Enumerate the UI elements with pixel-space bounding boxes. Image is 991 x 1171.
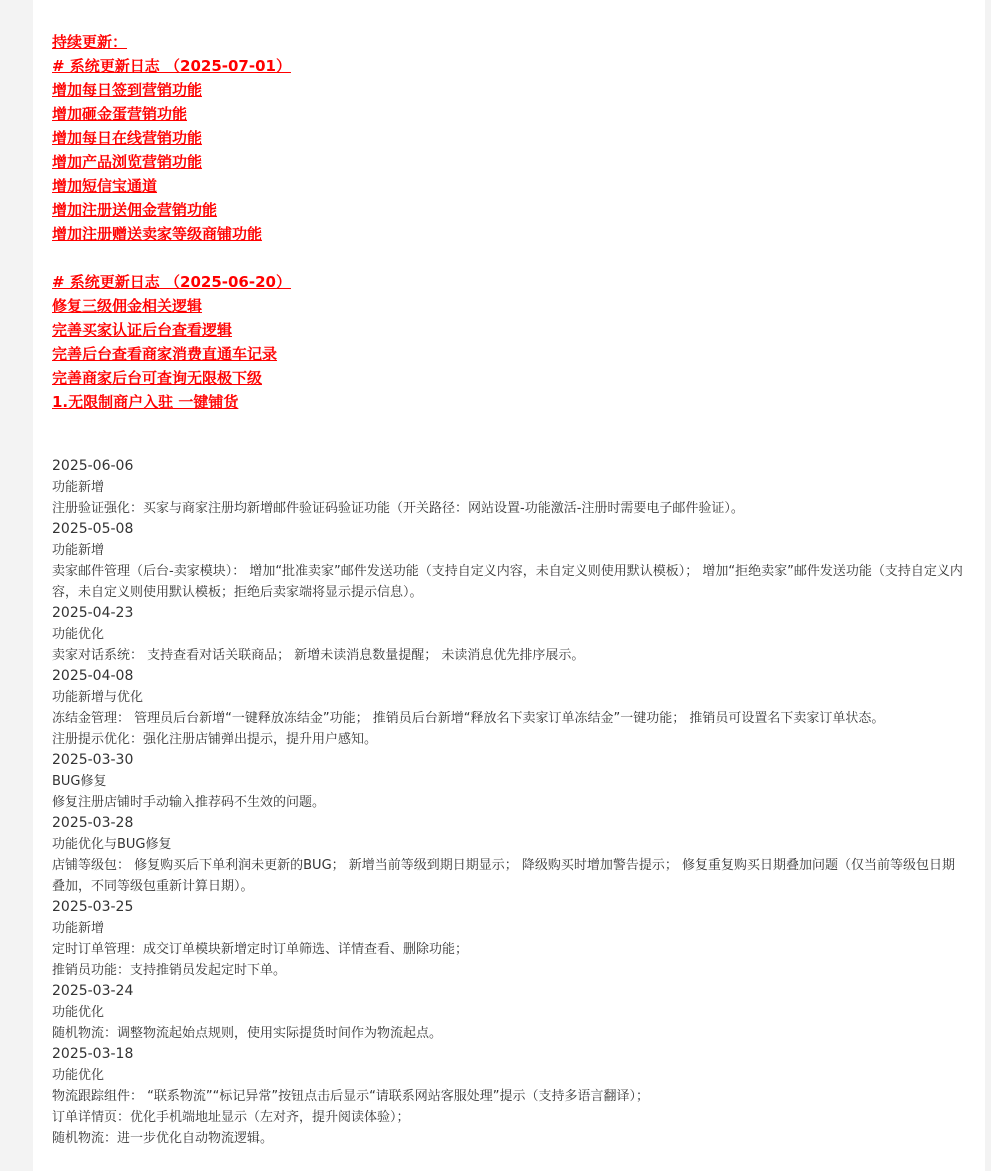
announcement-link[interactable]: 修复三级佣金相关逻辑: [52, 294, 967, 318]
entry-date: 2025-06-06: [52, 456, 967, 477]
entry-item: 注册提示优化：强化注册店铺弹出提示，提升用户感知。: [52, 729, 967, 750]
entry-type: 功能新增: [52, 540, 967, 561]
entry-date: 2025-04-08: [52, 666, 967, 687]
changelog-entry: 2025-03-18 功能优化 物流跟踪组件： “联系物流”“标记异常”按钮点击…: [52, 1044, 967, 1149]
entry-type: BUG修复: [52, 771, 967, 792]
announcement-link[interactable]: 增加注册赠送卖家等级商铺功能: [52, 222, 967, 246]
announcement-link[interactable]: 增加每日在线营销功能: [52, 126, 967, 150]
announcement-link[interactable]: 增加砸金蛋营销功能: [52, 102, 967, 126]
entry-item: 物流跟踪组件： “联系物流”“标记异常”按钮点击后显示“请联系网站客服处理”提示…: [52, 1086, 967, 1107]
entry-type: 功能优化: [52, 1065, 967, 1086]
content-card: 持续更新： # 系统更新日志 （2025-07-01） 增加每日签到营销功能 增…: [33, 0, 985, 1171]
entry-type: 功能新增: [52, 477, 967, 498]
entry-type: 功能新增: [52, 918, 967, 939]
entry-type: 功能优化: [52, 1002, 967, 1023]
changelog-entry: 2025-05-08 功能新增 卖家邮件管理（后台-卖家模块）： 增加“批准卖家…: [52, 519, 967, 603]
changelog-entry: 2025-03-25 功能新增 定时订单管理：成交订单模块新增定时订单筛选、详情…: [52, 897, 967, 981]
changelog-entry: 2025-03-24 功能优化 随机物流：调整物流起始点规则，使用实际提货时间作…: [52, 981, 967, 1044]
announcement-link[interactable]: 完善买家认证后台查看逻辑: [52, 318, 967, 342]
entry-date: 2025-04-23: [52, 603, 967, 624]
entry-date: 2025-05-08: [52, 519, 967, 540]
announcement-link[interactable]: 增加注册送佣金营销功能: [52, 198, 967, 222]
announcement-link[interactable]: 增加每日签到营销功能: [52, 78, 967, 102]
entry-type: 功能优化与BUG修复: [52, 834, 967, 855]
announcement-link[interactable]: 完善后台查看商家消费直通车记录: [52, 342, 967, 366]
announcement-link[interactable]: 完善商家后台可查询无限极下级: [52, 366, 967, 390]
entry-type: 功能新增与优化: [52, 687, 967, 708]
announcement-title-link[interactable]: 持续更新：: [52, 30, 967, 54]
announcement-link[interactable]: 增加产品浏览营销功能: [52, 150, 967, 174]
changelog-heading-2025-06-20[interactable]: # 系统更新日志 （2025-06-20）: [52, 270, 967, 294]
changelog-entry: 2025-06-06 功能新增 注册验证强化：买家与商家注册均新增邮件验证码验证…: [52, 456, 967, 519]
changelog-entry: 2025-04-23 功能优化 卖家对话系统： 支持查看对话关联商品； 新增未读…: [52, 603, 967, 666]
changelog-entry: 2025-04-08 功能新增与优化 冻结金管理： 管理员后台新增“一键释放冻结…: [52, 666, 967, 750]
entry-type: 功能优化: [52, 624, 967, 645]
changelog-list: 2025-06-06 功能新增 注册验证强化：买家与商家注册均新增邮件验证码验证…: [52, 456, 967, 1149]
entry-item: 随机物流：调整物流起始点规则，使用实际提货时间作为物流起点。: [52, 1023, 967, 1044]
entry-item: 修复注册店铺时手动输入推荐码不生效的问题。: [52, 792, 967, 813]
entry-item: 注册验证强化：买家与商家注册均新增邮件验证码验证功能（开关路径：网站设置-功能激…: [52, 498, 967, 519]
announcement-link[interactable]: 增加短信宝通道: [52, 174, 967, 198]
entry-date: 2025-03-30: [52, 750, 967, 771]
entry-item: 订单详情页：优化手机端地址显示（左对齐，提升阅读体验）；: [52, 1107, 967, 1128]
entry-item: 卖家邮件管理（后台-卖家模块）： 增加“批准卖家”邮件发送功能（支持自定义内容，…: [52, 561, 967, 603]
entry-date: 2025-03-24: [52, 981, 967, 1002]
entry-item: 随机物流：进一步优化自动物流逻辑。: [52, 1128, 967, 1149]
entry-item: 冻结金管理： 管理员后台新增“一键释放冻结金”功能； 推销员后台新增“释放名下卖…: [52, 708, 967, 729]
entry-date: 2025-03-28: [52, 813, 967, 834]
entry-item: 推销员功能：支持推销员发起定时下单。: [52, 960, 967, 981]
entry-date: 2025-03-18: [52, 1044, 967, 1065]
entry-item: 店铺等级包： 修复购买后下单利润未更新的BUG； 新增当前等级到期日期显示； 降…: [52, 855, 967, 897]
entry-item: 卖家对话系统： 支持查看对话关联商品； 新增未读消息数量提醒； 未读消息优先排序…: [52, 645, 967, 666]
announcement-block: 持续更新： # 系统更新日志 （2025-07-01） 增加每日签到营销功能 增…: [52, 30, 967, 414]
entry-item: 定时订单管理：成交订单模块新增定时订单筛选、详情查看、删除功能；: [52, 939, 967, 960]
changelog-entry: 2025-03-28 功能优化与BUG修复 店铺等级包： 修复购买后下单利润未更…: [52, 813, 967, 897]
spacer: [52, 246, 967, 270]
changelog-heading-2025-07-01[interactable]: # 系统更新日志 （2025-07-01）: [52, 54, 967, 78]
changelog-entry: 2025-03-30 BUG修复 修复注册店铺时手动输入推荐码不生效的问题。: [52, 750, 967, 813]
entry-date: 2025-03-25: [52, 897, 967, 918]
announcement-link[interactable]: 1.无限制商户入驻 一键铺货: [52, 390, 967, 414]
